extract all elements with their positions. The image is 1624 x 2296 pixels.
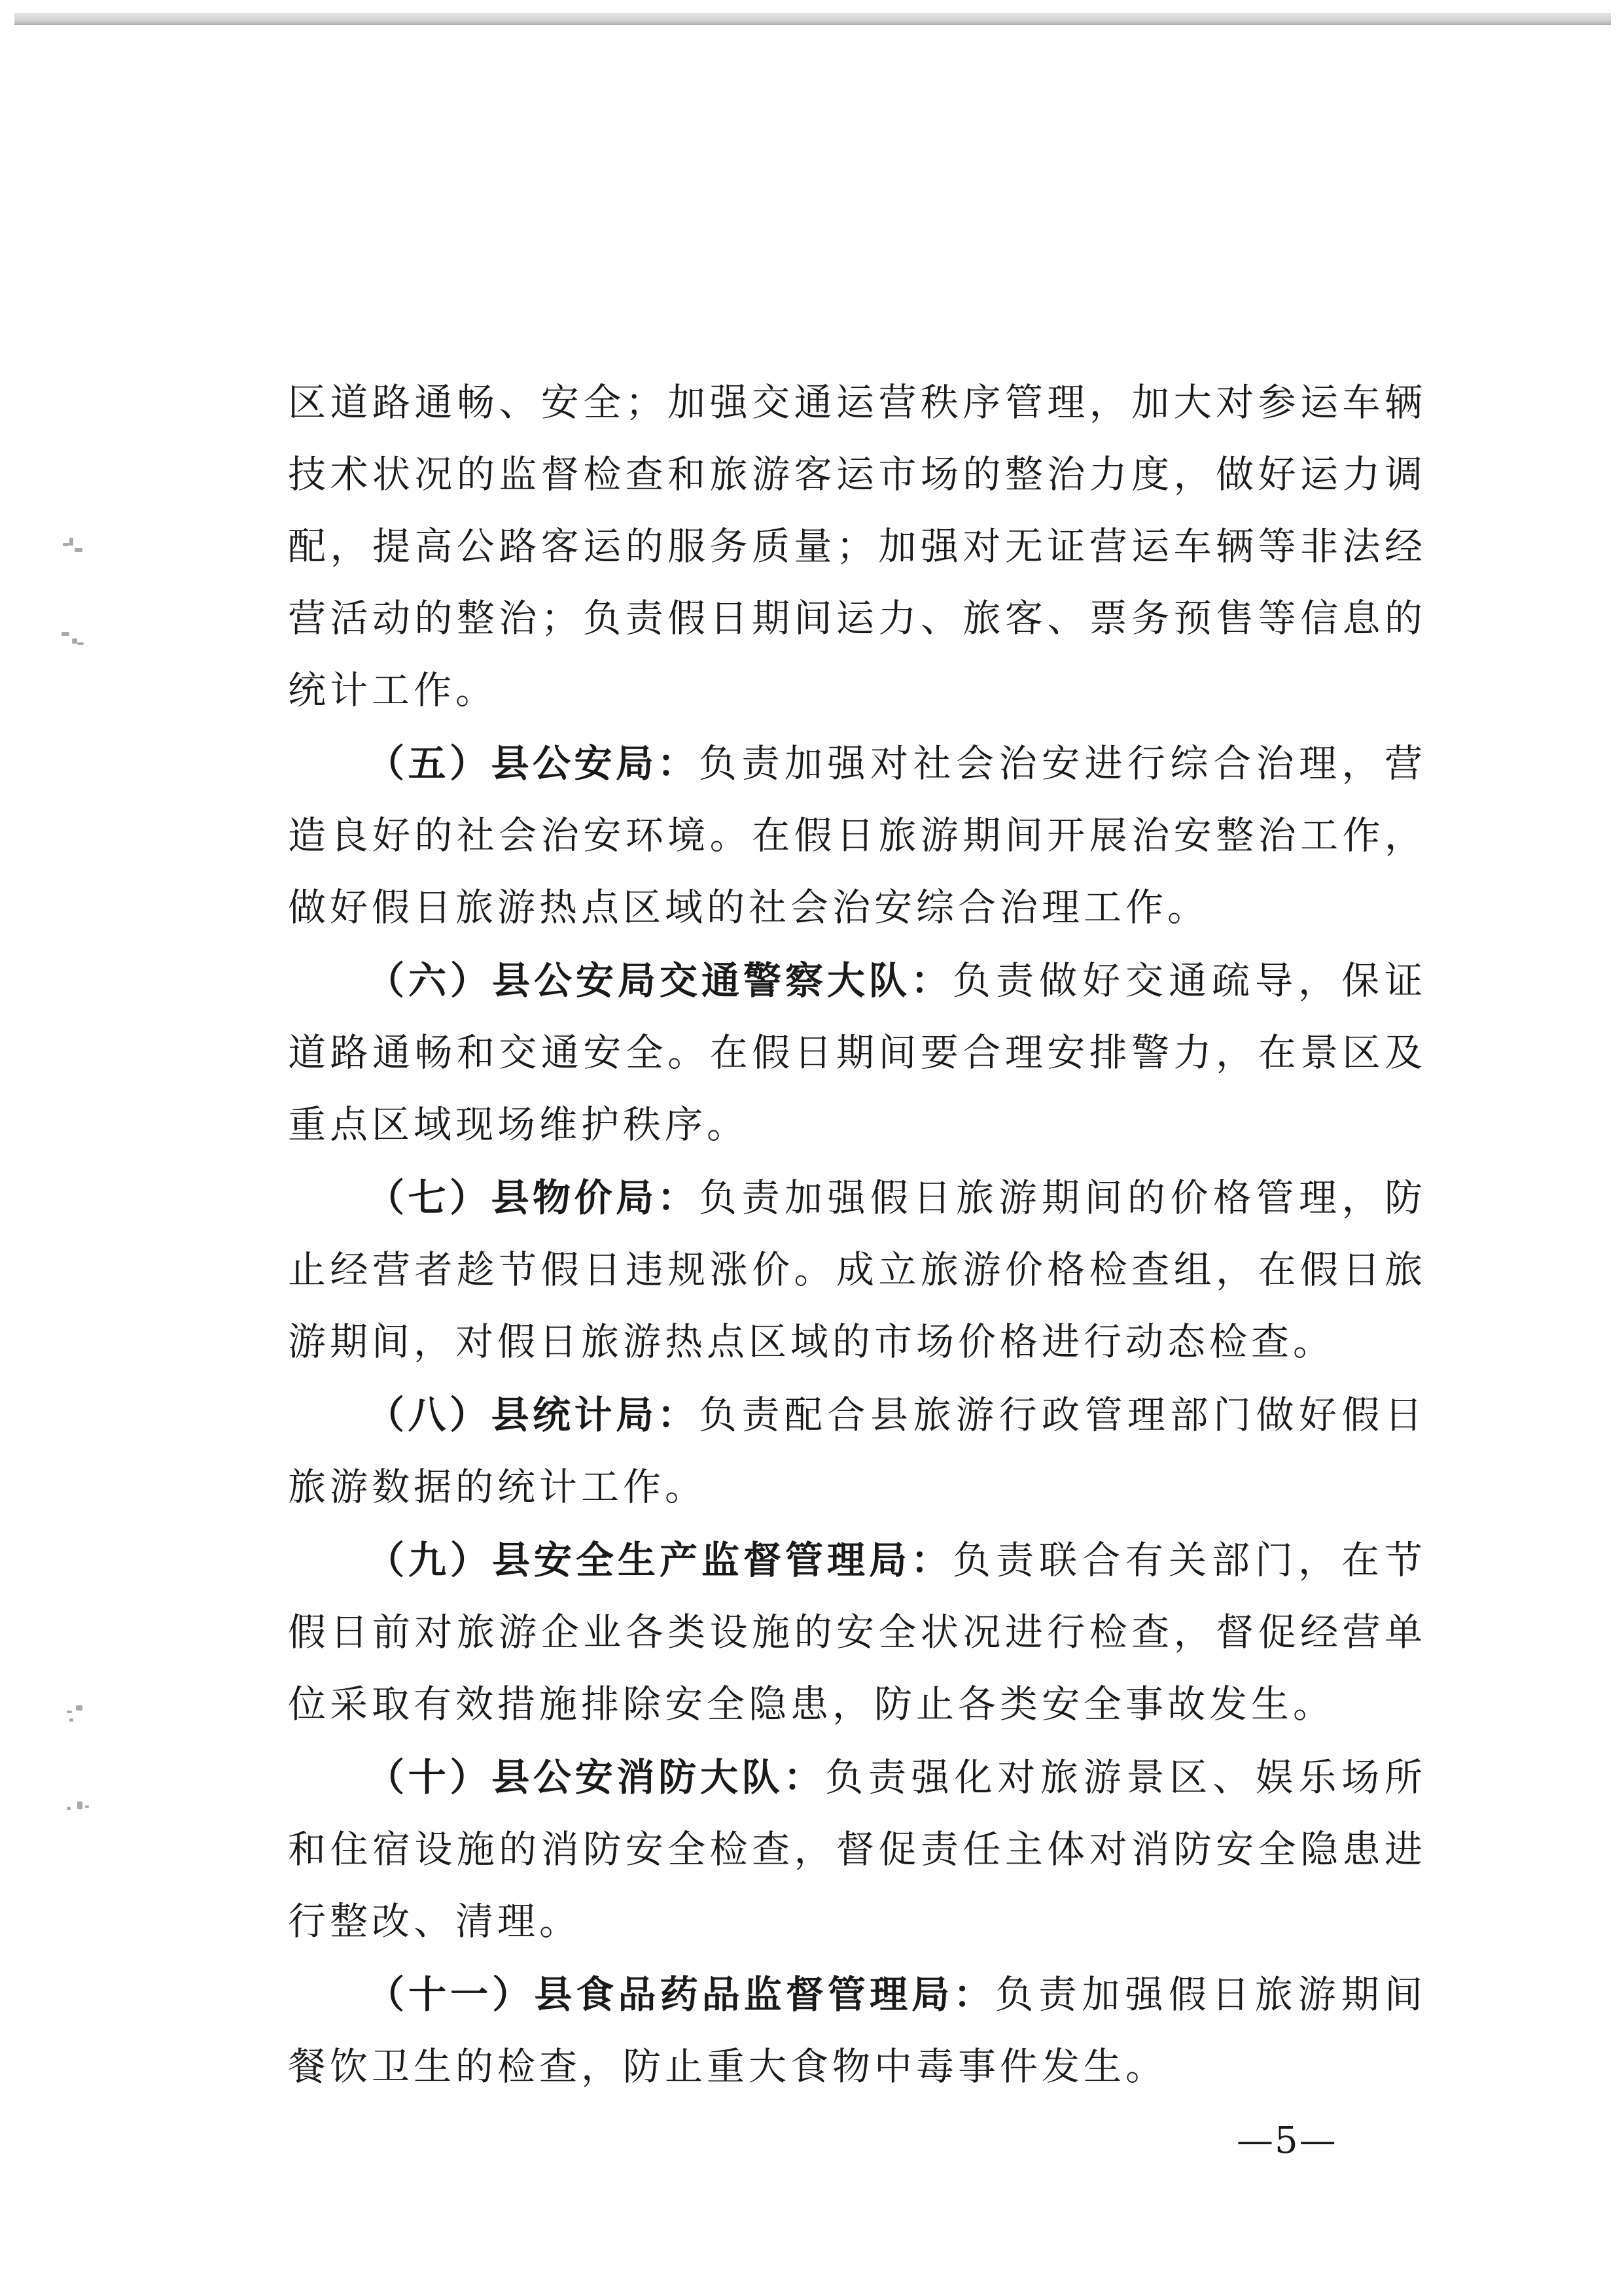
section-heading: （十一）县食品药品监督管理局：: [366, 1972, 995, 2017]
section-heading: （六）县公安局交通警察大队：: [366, 958, 953, 1003]
continuation-paragraph: 区道路通畅、安全；加强交通运营秩序管理，加大对参运车辆技术状况的监督检查和旅游客…: [288, 366, 1426, 726]
section-paragraph: （十一）县食品药品监督管理局：负责加强假日旅游期间餐饮卫生的检查，防止重大食物中…: [288, 1958, 1426, 2102]
section-heading: （九）县安全生产监督管理局：: [366, 1538, 953, 1582]
section-paragraph: （八）县统计局：负责配合县旅游行政管理部门做好假日旅游数据的统计工作。: [288, 1379, 1426, 1523]
section-heading: （七）县物价局：: [366, 1175, 699, 1220]
binding-hole-mark: [60, 536, 86, 556]
binding-hole-mark: [60, 628, 86, 648]
section-paragraph: （九）县安全生产监督管理局：负责联合有关部门，在节假日前对旅游企业各类设施的安全…: [288, 1524, 1426, 1740]
binding-hole-mark: [65, 1799, 92, 1818]
paragraph-text: 区道路通畅、安全；加强交通运营秩序管理，加大对参运车辆技术状况的监督检查和旅游客…: [288, 380, 1426, 712]
section-paragraph: （十）县公安消防大队：负责强化对旅游景区、娱乐场所和住宿设施的消防安全检查，督促…: [288, 1741, 1426, 1957]
binding-hole-mark: [65, 1704, 92, 1724]
section-paragraph: （七）县物价局：负责加强假日旅游期间的价格管理，防止经营者趁节假日违规涨价。成立…: [288, 1162, 1426, 1378]
section-heading: （五）县公安局：: [366, 741, 699, 786]
section-paragraph: （五）县公安局：负责加强对社会治安进行综合治理，营造良好的社会治安环境。在假日旅…: [288, 727, 1426, 943]
section-heading: （十）县公安消防大队：: [366, 1755, 825, 1800]
scan-top-edge: [14, 13, 1611, 25]
page-number: —5—: [1237, 2119, 1337, 2162]
document-body: 区道路通畅、安全；加强交通运营秩序管理，加大对参运车辆技术状况的监督检查和旅游客…: [288, 366, 1426, 2102]
section-paragraph: （六）县公安局交通警察大队：负责做好交通疏导，保证道路通畅和交通安全。在假日期间…: [288, 945, 1426, 1160]
section-heading: （八）县统计局：: [366, 1393, 699, 1437]
